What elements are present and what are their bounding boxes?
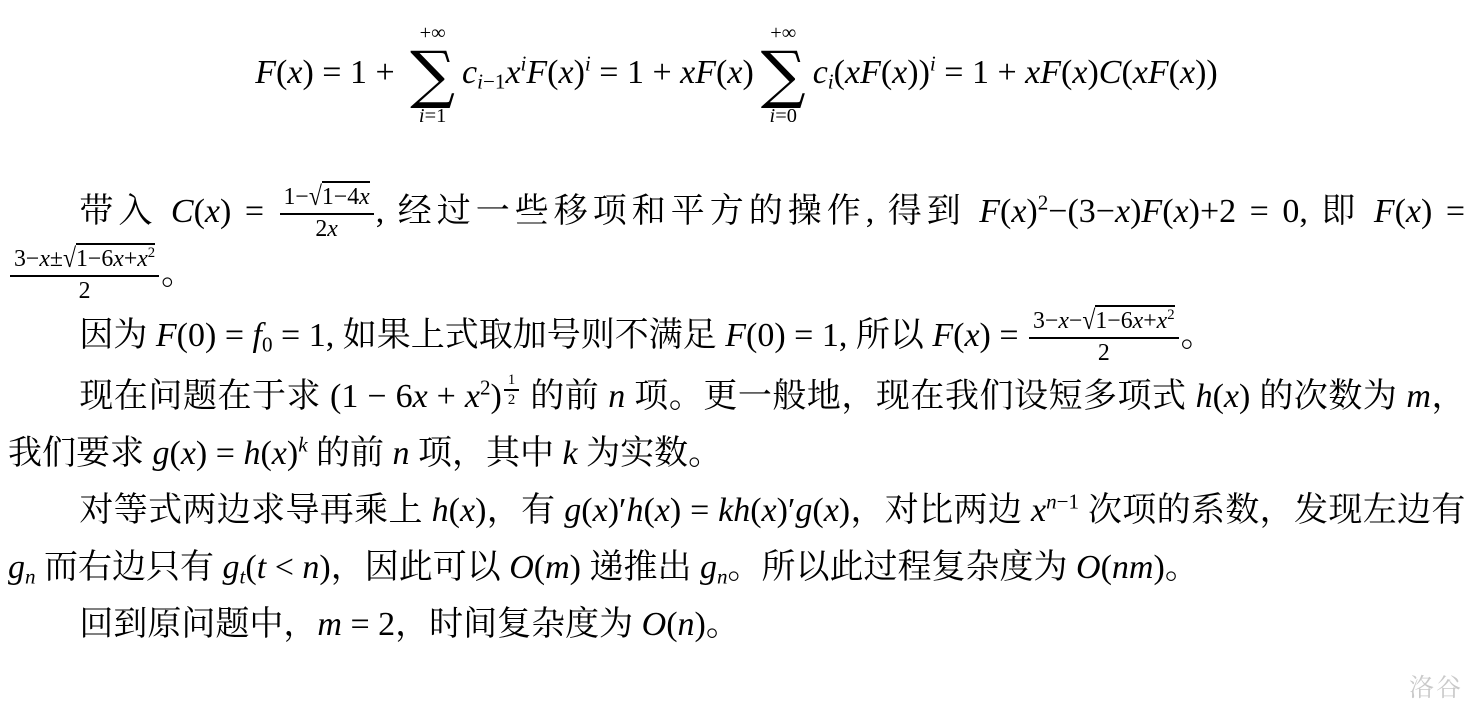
document-page: F(x) = 1 + +∞∑i=1ci−1xiF(x)i = 1 + xF(x)… xyxy=(0,0,1481,720)
watermark-luogu: 洛谷 xyxy=(1409,668,1463,704)
paragraph-sign-choice: 因为 F(0) = f0 = 1, 如果上式取加号则不满足 F(0) = 1, … xyxy=(8,307,1465,369)
paragraph-derivative-recurrence: 对等式两边求导再乘上 h(x)，有 g(x)′h(x) = kh(x)′g(x)… xyxy=(8,482,1465,596)
paragraph-generalization: 现在问题在于求 (1 − 6x + x2)12 的前 n 项。更一般地，现在我们… xyxy=(8,368,1465,482)
display-equation: F(x) = 1 + +∞∑i=1ci−1xiF(x)i = 1 + xF(x)… xyxy=(8,22,1465,129)
paragraph-substitution: 带入 C(x) = 1−√1−4x2x, 经过一些移项和平方的操作, 得到 F(… xyxy=(8,183,1465,307)
paragraph-conclusion: 回到原问题中，m = 2，时间复杂度为 O(n)。 xyxy=(8,596,1465,653)
